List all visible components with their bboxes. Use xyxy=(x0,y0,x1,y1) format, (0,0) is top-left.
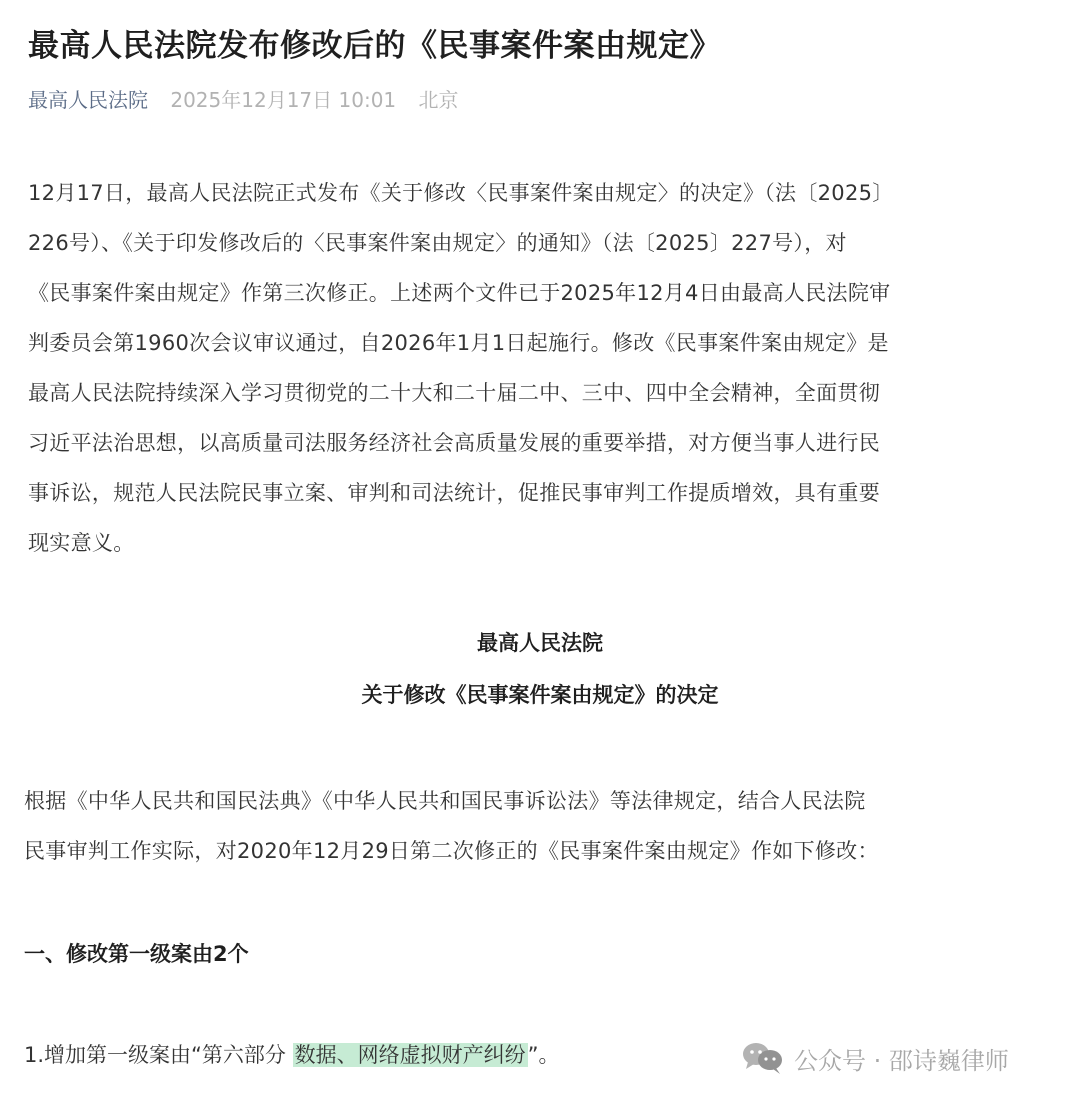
basis-line: 民事审判工作实际，对2020年12月29日第二次修正的《民事案件案由规定》作如下… xyxy=(24,826,1064,876)
intro-line: 12月17日，最高人民法院正式发布《关于修改〈民事案件案由规定〉的决定》（法〔2… xyxy=(28,168,1038,218)
intro-line: 最高人民法院持续深入学习贯彻党的二十大和二十届二中、三中、四中全会精神，全面贯彻 xyxy=(28,368,1038,418)
item-prefix: 1.增加第一级案由“第六部分 xyxy=(24,1043,293,1067)
section-heading: 一、修改第一级案由2个 xyxy=(24,938,249,968)
author-link[interactable]: 最高人民法院 xyxy=(28,88,148,112)
basis-line: 根据《中华人民共和国民法典》《中华人民共和国民事诉讼法》等法律规定，结合人民法院 xyxy=(24,776,1064,826)
wechat-icon xyxy=(740,1040,788,1076)
basis-paragraph: 根据《中华人民共和国民法典》《中华人民共和国民事诉讼法》等法律规定，结合人民法院… xyxy=(24,776,1064,876)
intro-line: 《民事案件案由规定》作第三次修正。上述两个文件已于2025年12月4日由最高人民… xyxy=(28,268,1038,318)
article-meta: 最高人民法院 2025年12月17日 10:01 北京 xyxy=(28,84,459,113)
intro-line: 现实意义。 xyxy=(28,518,1038,568)
intro-line: 事诉讼，规范人民法院民事立案、审判和司法统计，促推民事审判工作提质增效，具有重要 xyxy=(28,468,1038,518)
intro-line: 判委员会第1960次会议审议通过，自2026年1月1日起施行。修改《民事案件案由… xyxy=(28,318,1038,368)
highlighted-text: 数据、网络虚拟财产纠纷 xyxy=(293,1043,528,1067)
amendment-item: 1.增加第一级案由“第六部分 数据、网络虚拟财产纠纷”。 xyxy=(24,1030,559,1080)
item-suffix: ”。 xyxy=(528,1043,560,1067)
decision-title-heading: 关于修改《民事案件案由规定》的决定 xyxy=(0,679,1080,709)
intro-line: 226号）、《关于印发修改后的〈民事案件案由规定〉的通知》（法〔2025〕227… xyxy=(28,218,1038,268)
watermark-text: 公众号 · 邵诗巍律师 xyxy=(794,1041,1009,1076)
intro-line: 习近平法治思想，以高质量司法服务经济社会高质量发展的重要举措，对方便当事人进行民 xyxy=(28,418,1038,468)
intro-paragraph: 12月17日，最高人民法院正式发布《关于修改〈民事案件案由规定〉的决定》（法〔2… xyxy=(28,168,1038,568)
article-title: 最高人民法院发布修改后的《民事案件案由规定》 xyxy=(28,20,721,65)
publish-location: 北京 xyxy=(419,88,459,112)
publish-date: 2025年12月17日 10:01 xyxy=(170,88,396,112)
watermark: 公众号 · 邵诗巍律师 xyxy=(740,1040,1009,1076)
decision-org-heading: 最高人民法院 xyxy=(0,627,1080,657)
